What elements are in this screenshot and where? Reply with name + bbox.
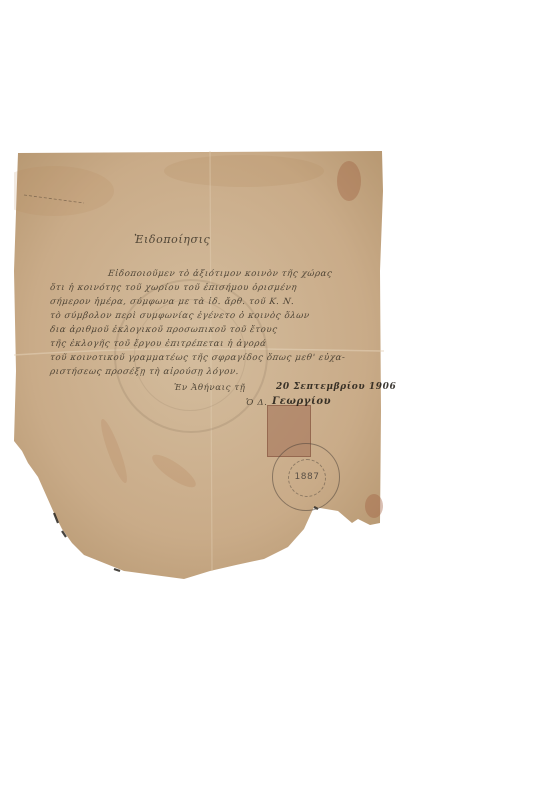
body-line: ὅτι ἡ κοινότης τοῦ χωρίου τοῦ ἐπισήμου ὀ… [49,283,297,293]
document-heading: Ἐιδοποίησις [134,233,210,246]
body-line: Εἰδοποιοῦμεν τὸ ἀξιότιμον κοινὸν τῆς χώρ… [107,269,333,279]
body-line: σήμερον ἡμέρα, σύμφωνα με τὰ ἰδ. ἄρθ. το… [49,297,295,307]
postmark-year: 1887 [289,472,325,482]
postmark-inner-ring: 1887 [288,459,326,497]
signature-prefix: Ὁ Δ. [246,398,267,408]
postmark-seal: 1887 [272,443,340,511]
document-date: 20 Σεπτεμβρίου 1906 [276,382,396,392]
place-line: Ἐν Ἀθήναις τῇ [174,383,245,393]
body-line: δια ἀριθμοῦ ἐκλογικοῦ προσωπικοῦ τοῦ ἔτο… [49,325,278,335]
body-line: τοῦ κοινοτικοῦ γραμματέως τῆς σφραγίδος … [49,353,346,363]
body-line: τῆς ἐκλογῆς τοῦ ἔργου ἐπιτρέπεται ἡ ἀγορ… [49,339,267,349]
document-viewer: Ἐιδοποίησις Εἰδοποιοῦμεν τὸ ἀξιότιμον κο… [0,0,549,800]
body-line: τὸ σύμβολον περὶ συμφωνίας ἐγένετο ὁ κοι… [49,311,310,321]
body-line: ριστήσεως προσέξῃ τὴ αἰρούσῃ λόγον. [49,367,239,377]
signature: Γεωργίου [272,396,331,407]
scanned-document-page: Ἐιδοποίησις Εἰδοποιοῦμεν τὸ ἀξιότιμον κο… [14,151,384,583]
